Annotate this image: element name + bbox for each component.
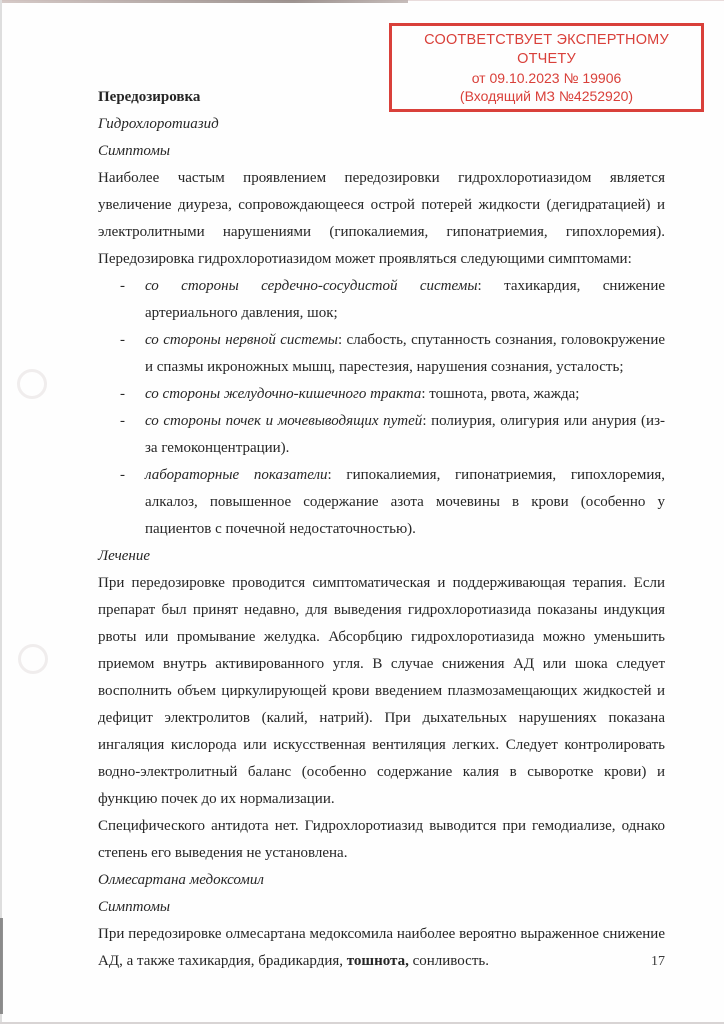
bullet-dash: - [120, 462, 145, 543]
scanned-document-page: СООТВЕТСТВУЕТ ЭКСПЕРТНОМУ ОТЧЕТУ от 09.1… [0, 0, 724, 1024]
paragraph-antidote: Специфического антидота нет. Гидрохлорот… [98, 813, 665, 867]
list-item-lead: со стороны почек и мочевыводящих путей [145, 413, 422, 429]
list-item-text: со стороны сердечно-сосудистой системы: … [145, 273, 665, 327]
bullet-dash: - [120, 327, 145, 381]
symptoms-bullet-list: - со стороны сердечно-сосудистой системы… [98, 273, 665, 543]
document-body: Передозировка Гидрохлоротиазид Симптомы … [98, 84, 665, 975]
symptoms-heading: Симптомы [98, 894, 665, 921]
symptoms-heading: Симптомы [98, 138, 665, 165]
list-item-lead: со стороны сердечно-сосудистой системы [145, 278, 478, 294]
paragraph-treatment: При передозировке проводится симптоматич… [98, 570, 665, 813]
page-number: 17 [651, 954, 665, 970]
stamp-title: СООТВЕТСТВУЕТ ЭКСПЕРТНОМУ ОТЧЕТУ [394, 31, 699, 69]
list-item: - со стороны желудочно-кишечного тракта:… [98, 381, 665, 408]
paragraph-text: сонливость. [409, 953, 489, 969]
bullet-dash: - [120, 408, 145, 462]
list-item-text: лабораторные показатели: гипокалиемия, г… [145, 462, 665, 543]
bullet-dash: - [120, 381, 145, 408]
list-item-lead: со стороны нервной системы [145, 332, 338, 348]
paragraph-symptoms-intro: Наиболее частым проявлением передозировк… [98, 165, 665, 273]
scan-artifact-left-edge-dark [0, 918, 3, 1014]
list-item-text: со стороны нервной системы: слабость, сп… [145, 327, 665, 381]
hole-punch-mark [17, 369, 47, 399]
substance-heading-olmesartan: Олмесартана медоксомил [98, 867, 665, 894]
paragraph-text-bold: тошнота, [347, 953, 409, 969]
list-item: - со стороны нервной системы: слабость, … [98, 327, 665, 381]
list-item: - лабораторные показатели: гипокалиемия,… [98, 462, 665, 543]
list-item-rest: : тошнота, рвота, жажда; [421, 386, 579, 402]
bullet-dash: - [120, 273, 145, 327]
list-item-lead: лабораторные показатели [145, 467, 328, 483]
scan-artifact-left-edge [0, 0, 2, 1024]
list-item-lead: со стороны желудочно-кишечного тракта [145, 386, 421, 402]
list-item-text: со стороны почек и мочевыводящих путей: … [145, 408, 665, 462]
hole-punch-mark [18, 644, 48, 674]
list-item-text: со стороны желудочно-кишечного тракта: т… [145, 381, 665, 408]
section-title-overdose: Передозировка [98, 84, 665, 111]
treatment-heading: Лечение [98, 543, 665, 570]
list-item: - со стороны сердечно-сосудистой системы… [98, 273, 665, 327]
paragraph-olmesartan-symptoms: При передозировке олмесартана медоксомил… [98, 921, 665, 975]
scan-artifact-top-edge [0, 0, 408, 3]
substance-heading-hydrochlorothiazide: Гидрохлоротиазид [98, 111, 665, 138]
list-item: - со стороны почек и мочевыводящих путей… [98, 408, 665, 462]
